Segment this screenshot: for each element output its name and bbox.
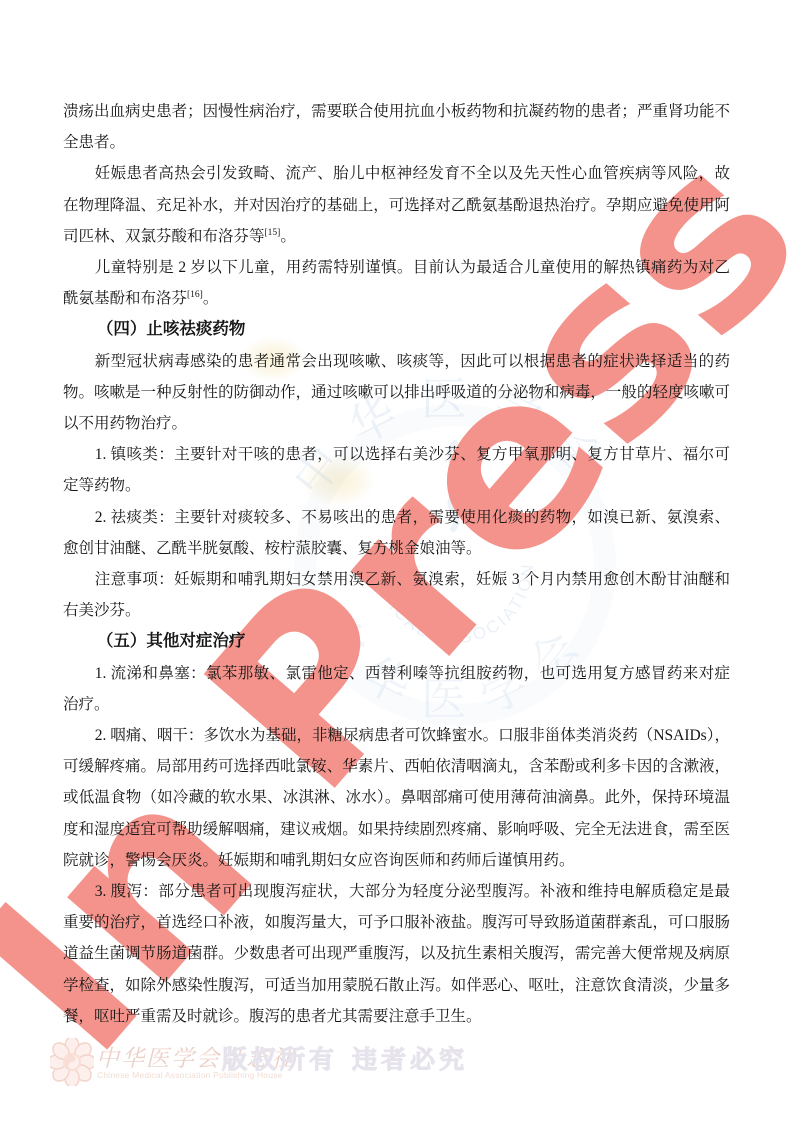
section-heading: （四）止咳祛痰药物 (63, 314, 730, 345)
paragraph: 新型冠状病毒感染的患者通常会出现咳嗽、咳痰等，因此可以根据患者的症状选择适当的药… (63, 346, 730, 440)
paragraph: 溃疡出血病史患者；因慢性病治疗，需要联合使用抗血小板药物和抗凝药物的患者；严重肾… (63, 96, 730, 158)
text-run: 2. 咽痛、咽干：多饮水为基础，非糖尿病患者可饮蜂蜜水。口服非甾体类消炎药（NS… (63, 727, 730, 869)
text-run: 2. 祛痰类：主要针对痰较多、不易咳出的患者，需要使用化痰的药物，如溴已新、氨溴… (63, 509, 730, 557)
paragraph: 妊娠患者高热会引发致畸、流产、胎儿中枢神经发育不全以及先天性心血管疾病等风险，故… (63, 158, 730, 252)
text-run: 注意事项：妊娠期和哺乳期妇女禁用溴乙新、氨溴索，妊娠 3 个月内禁用愈创木酚甘油… (63, 571, 730, 619)
text-run: 新型冠状病毒感染的患者通常会出现咳嗽、咳痰等，因此可以根据患者的症状选择适当的药… (63, 353, 730, 432)
citation-ref: [15] (265, 228, 281, 238)
citation-ref: [16] (187, 290, 203, 300)
paragraph: 1. 流涕和鼻塞：氯苯那敏、氯雷他定、西替利嗪等抗组胺药物，也可选用复方感冒药来… (63, 658, 730, 720)
page: { "page": {"width": 793, "height": 1122,… (0, 0, 793, 1122)
paragraph: 2. 祛痰类：主要针对痰较多、不易咳出的患者，需要使用化痰的药物，如溴已新、氨溴… (63, 502, 730, 564)
copyright-notice: 版权所有违者必究 (222, 1040, 468, 1076)
text-run: （五）其他对症治疗 (97, 632, 246, 650)
publisher-name-en: Chinese Medical Association Publishing H… (97, 1070, 307, 1080)
text-run: 1. 流涕和鼻塞：氯苯那敏、氯雷他定、西替利嗪等抗组胺药物，也可选用复方感冒药来… (63, 665, 730, 713)
text-run: 溃疡出血病史患者；因慢性病治疗，需要联合使用抗血小板药物和抗凝药物的患者；严重肾… (63, 103, 730, 151)
copyright-notice-part1: 版权所有 (222, 1045, 338, 1074)
section-heading: （五）其他对症治疗 (63, 626, 730, 657)
text-run: 儿童特别是 2 岁以下儿童，用药需特别谨慎。目前认为最适合儿童使用的解热镇痛药为… (63, 259, 730, 307)
paragraph: 儿童特别是 2 岁以下儿童，用药需特别谨慎。目前认为最适合儿童使用的解热镇痛药为… (63, 252, 730, 314)
publisher-name-cn: 中华医学会杂志社 (96, 1040, 306, 1073)
paragraph: 2. 咽痛、咽干：多饮水为基础，非糖尿病患者可饮蜂蜜水。口服非甾体类消炎药（NS… (63, 720, 730, 876)
text-run: 3. 腹泻：部分患者可出现腹泻症状，大部分为轻度分泌型腹泻。补液和维持电解质稳定… (63, 883, 730, 1025)
text-run: 1. 镇咳类：主要针对干咳的患者，可以选择右美沙芬、复方甲氧那明、复方甘草片、福… (63, 446, 730, 494)
copyright-notice-part2: 违者必究 (352, 1045, 468, 1074)
document-body: 溃疡出血病史患者；因慢性病治疗，需要联合使用抗血小板药物和抗凝药物的患者；严重肾… (63, 96, 730, 1032)
paragraph: 3. 腹泻：部分患者可出现腹泻症状，大部分为轻度分泌型腹泻。补液和维持电解质稳定… (63, 876, 730, 1032)
text-run: 妊娠患者高热会引发致畸、流产、胎儿中枢神经发育不全以及先天性心血管疾病等风险，故… (63, 165, 730, 244)
paragraph: 1. 镇咳类：主要针对干咳的患者，可以选择右美沙芬、复方甲氧那明、复方甘草片、福… (63, 439, 730, 501)
text-run: 。 (280, 228, 296, 245)
text-run: （四）止咳祛痰药物 (97, 320, 246, 338)
plum-blossom-logo-icon (50, 1038, 94, 1086)
paragraph: 注意事项：妊娠期和哺乳期妇女禁用溴乙新、氨溴索，妊娠 3 个月内禁用愈创木酚甘油… (63, 564, 730, 626)
text-run: 。 (203, 290, 219, 307)
